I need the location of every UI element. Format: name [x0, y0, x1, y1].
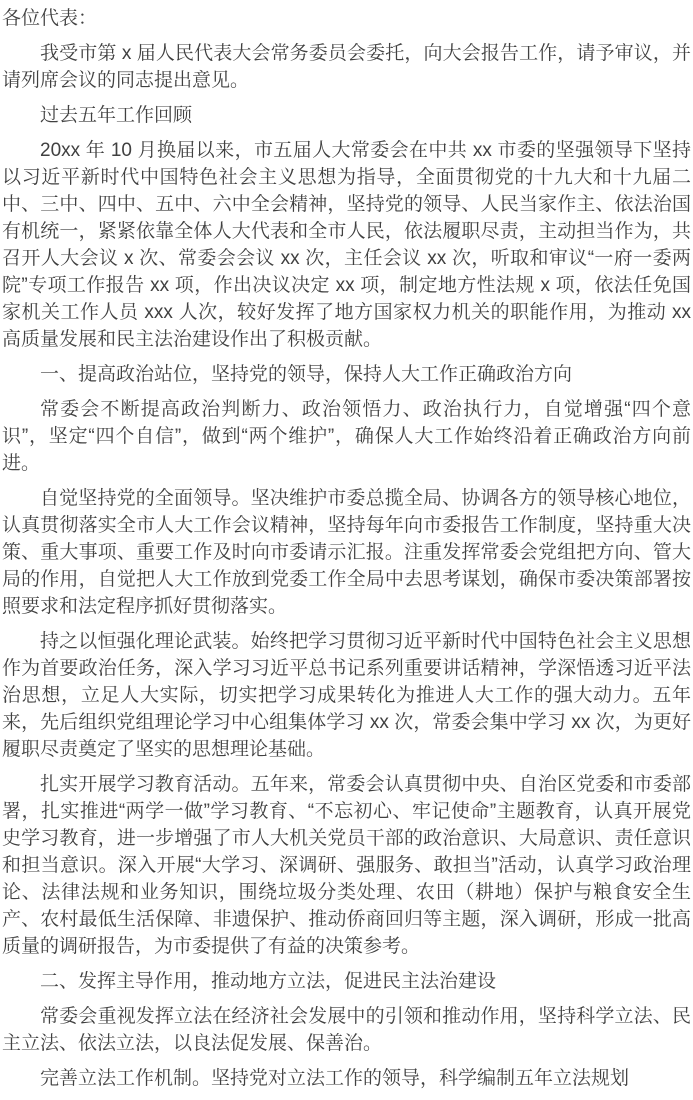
paragraph-party-leadership: 自觉坚持党的全面领导。坚决维护市委总揽全局、协调各方的领导核心地位，认真贯彻落实… [2, 485, 691, 620]
paragraph-overview: 20xx 年 10 月换届以来，市五届人大常委会在中共 xx 市委的坚强领导下坚… [2, 137, 691, 353]
paragraph-political-stance: 常委会不断提高政治判断力、政治领悟力、政治执行力，自觉增强“四个意识”，坚定“四… [2, 396, 691, 477]
paragraph-legislation-role: 常委会重视发挥立法在经济社会发展中的引领和推动作用，坚持科学立法、民主立法、依法… [2, 1003, 691, 1057]
heading-section-one: 一、提高政治站位，坚持党的领导，保持人大工作正确政治方向 [2, 361, 691, 388]
document-page: 各位代表： 我受市第 x 届人民代表大会常务委员会委托，向大会报告工作，请予审议… [0, 0, 693, 1100]
salutation: 各位代表： [2, 5, 691, 32]
paragraph-theory-arming: 持之以恒强化理论武装。始终把学习贯彻习近平新时代中国特色社会主义思想作为首要政治… [2, 628, 691, 763]
paragraph-study-education: 扎实开展学习教育活动。五年来，常委会认真贯彻中央、自治区党委和市委部署，扎实推进… [2, 771, 691, 960]
paragraph-report-intro: 我受市第 x 届人民代表大会常务委员会委托，向大会报告工作，请予审议，并请列席会… [2, 40, 691, 94]
heading-five-year-review: 过去五年工作回顾 [2, 102, 691, 129]
heading-section-two: 二、发挥主导作用，推动地方立法，促进民主法治建设 [2, 968, 691, 995]
paragraph-legislation-mechanism: 完善立法工作机制。坚持党对立法工作的领导，科学编制五年立法规划 [2, 1065, 691, 1092]
